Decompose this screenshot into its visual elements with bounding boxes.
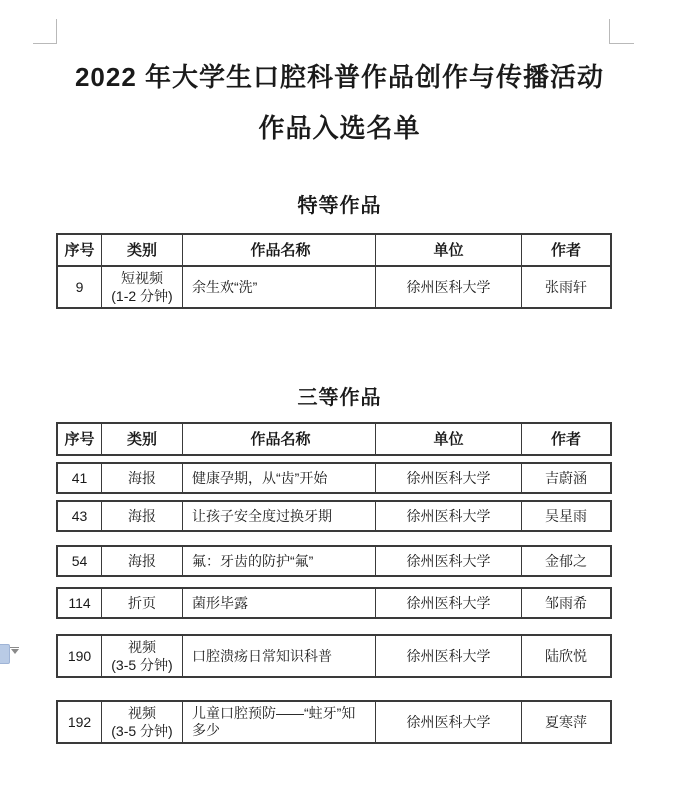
- category-cell: 海报: [102, 502, 183, 530]
- category-note: (3-5 分钟): [111, 656, 172, 674]
- work-title-cell: 儿童口腔预防——“蛀牙”知多少: [183, 702, 376, 742]
- table-row: 190视频(3-5 分钟)口腔溃疡日常知识科普徐州医科大学陆欣悦: [56, 634, 612, 678]
- category-cell: 视频(3-5 分钟): [102, 636, 183, 676]
- author-cell: 金郁之: [522, 547, 610, 575]
- text-boundary-mark-top-right-icon: [609, 19, 634, 44]
- work-title-cell: 余生欢“洗”: [183, 267, 376, 307]
- column-header-work-title: 作品名称: [183, 235, 376, 265]
- category-label: 视频: [128, 704, 156, 722]
- serial-number-cell: 192: [58, 702, 102, 742]
- serial-number-cell: 43: [58, 502, 102, 530]
- table-body: 9短视频(1-2 分钟)余生欢“洗”徐州医科大学张雨轩: [56, 267, 612, 309]
- document-title-line-1: 2022 年大学生口腔科普作品创作与传播活动: [0, 52, 679, 103]
- special-works-table: 序号 类别 作品名称 单位 作者 9短视频(1-2 分钟)余生欢“洗”徐州医科大…: [56, 233, 612, 309]
- category-label: 短视频: [121, 269, 163, 287]
- author-cell: 张雨轩: [522, 267, 610, 307]
- column-header-category: 类别: [102, 424, 183, 454]
- category-label: 折页: [128, 594, 156, 612]
- column-header-category: 类别: [102, 235, 183, 265]
- author-cell: 吉蔚涵: [522, 464, 610, 492]
- document-title: 2022 年大学生口腔科普作品创作与传播活动 作品入选名单: [0, 52, 679, 154]
- organization-cell: 徐州医科大学: [376, 502, 522, 530]
- category-cell: 折页: [102, 589, 183, 617]
- section-heading-special: 特等作品: [0, 193, 679, 219]
- serial-number-cell: 9: [58, 267, 102, 307]
- category-label: 海报: [128, 552, 156, 570]
- organization-cell: 徐州医科大学: [376, 464, 522, 492]
- serial-number-cell: 114: [58, 589, 102, 617]
- category-cell: 海报: [102, 464, 183, 492]
- category-note: (1-2 分钟): [111, 287, 172, 305]
- dropdown-arrow-bar: [10, 647, 19, 648]
- serial-number-cell: 54: [58, 547, 102, 575]
- document-page: 2022 年大学生口腔科普作品创作与传播活动 作品入选名单 特等作品 序号 类别…: [0, 0, 679, 802]
- table-row: 54海报氟：牙齿的防护“氟”徐州医科大学金郁之: [56, 545, 612, 577]
- table-header-row: 序号 类别 作品名称 单位 作者: [56, 233, 612, 267]
- third-prize-section: 三等作品 序号 类别 作品名称 单位 作者 41海报健康孕期，从“齿”开始徐州医…: [0, 385, 679, 744]
- table-row: 114折页菌形毕露徐州医科大学邹雨希: [56, 587, 612, 619]
- column-header-work-title: 作品名称: [183, 424, 376, 454]
- category-label: 视频: [128, 638, 156, 656]
- table-row: 43海报让孩子安全度过换牙期徐州医科大学吴星雨: [56, 500, 612, 532]
- work-title-cell: 让孩子安全度过换牙期: [183, 502, 376, 530]
- author-cell: 吴星雨: [522, 502, 610, 530]
- serial-number-cell: 41: [58, 464, 102, 492]
- category-note: (3-5 分钟): [111, 722, 172, 740]
- column-header-serial: 序号: [58, 235, 102, 265]
- text-boundary-mark-top-left-icon: [33, 19, 57, 44]
- table-row: 192视频(3-5 分钟)儿童口腔预防——“蛀牙”知多少徐州医科大学夏寒萍: [56, 700, 612, 744]
- table-header-row: 序号 类别 作品名称 单位 作者: [56, 422, 612, 456]
- work-title-cell: 菌形毕露: [183, 589, 376, 617]
- work-title-cell: 健康孕期，从“齿”开始: [183, 464, 376, 492]
- organization-cell: 徐州医科大学: [376, 702, 522, 742]
- column-header-organization: 单位: [376, 424, 522, 454]
- table-row: 41海报健康孕期，从“齿”开始徐州医科大学吉蔚涵: [56, 462, 612, 494]
- category-label: 海报: [128, 507, 156, 525]
- author-cell: 陆欣悦: [522, 636, 610, 676]
- special-prize-section: 特等作品 序号 类别 作品名称 单位 作者 9短视频(1-2 分钟)余生欢“洗”…: [0, 193, 679, 309]
- column-header-serial: 序号: [58, 424, 102, 454]
- column-header-author: 作者: [522, 235, 610, 265]
- dropdown-arrow-icon[interactable]: [11, 649, 19, 654]
- category-cell: 视频(3-5 分钟): [102, 702, 183, 742]
- author-cell: 夏寒萍: [522, 702, 610, 742]
- category-label: 海报: [128, 469, 156, 487]
- category-cell: 短视频(1-2 分钟): [102, 267, 183, 307]
- column-header-organization: 单位: [376, 235, 522, 265]
- table-body: 41海报健康孕期，从“齿”开始徐州医科大学吉蔚涵43海报让孩子安全度过换牙期徐州…: [56, 462, 612, 744]
- table-row: 9短视频(1-2 分钟)余生欢“洗”徐州医科大学张雨轩: [56, 267, 612, 309]
- organization-cell: 徐州医科大学: [376, 267, 522, 307]
- organization-cell: 徐州医科大学: [376, 636, 522, 676]
- author-cell: 邹雨希: [522, 589, 610, 617]
- category-cell: 海报: [102, 547, 183, 575]
- serial-number-cell: 190: [58, 636, 102, 676]
- organization-cell: 徐州医科大学: [376, 547, 522, 575]
- work-title-cell: 氟：牙齿的防护“氟”: [183, 547, 376, 575]
- third-prize-table: 序号 类别 作品名称 单位 作者 41海报健康孕期，从“齿”开始徐州医科大学吉蔚…: [56, 422, 612, 744]
- paste-options-icon[interactable]: [0, 644, 10, 664]
- document-title-line-2: 作品入选名单: [0, 103, 679, 154]
- column-header-author: 作者: [522, 424, 610, 454]
- section-heading-third: 三等作品: [0, 385, 679, 411]
- organization-cell: 徐州医科大学: [376, 589, 522, 617]
- work-title-cell: 口腔溃疡日常知识科普: [183, 636, 376, 676]
